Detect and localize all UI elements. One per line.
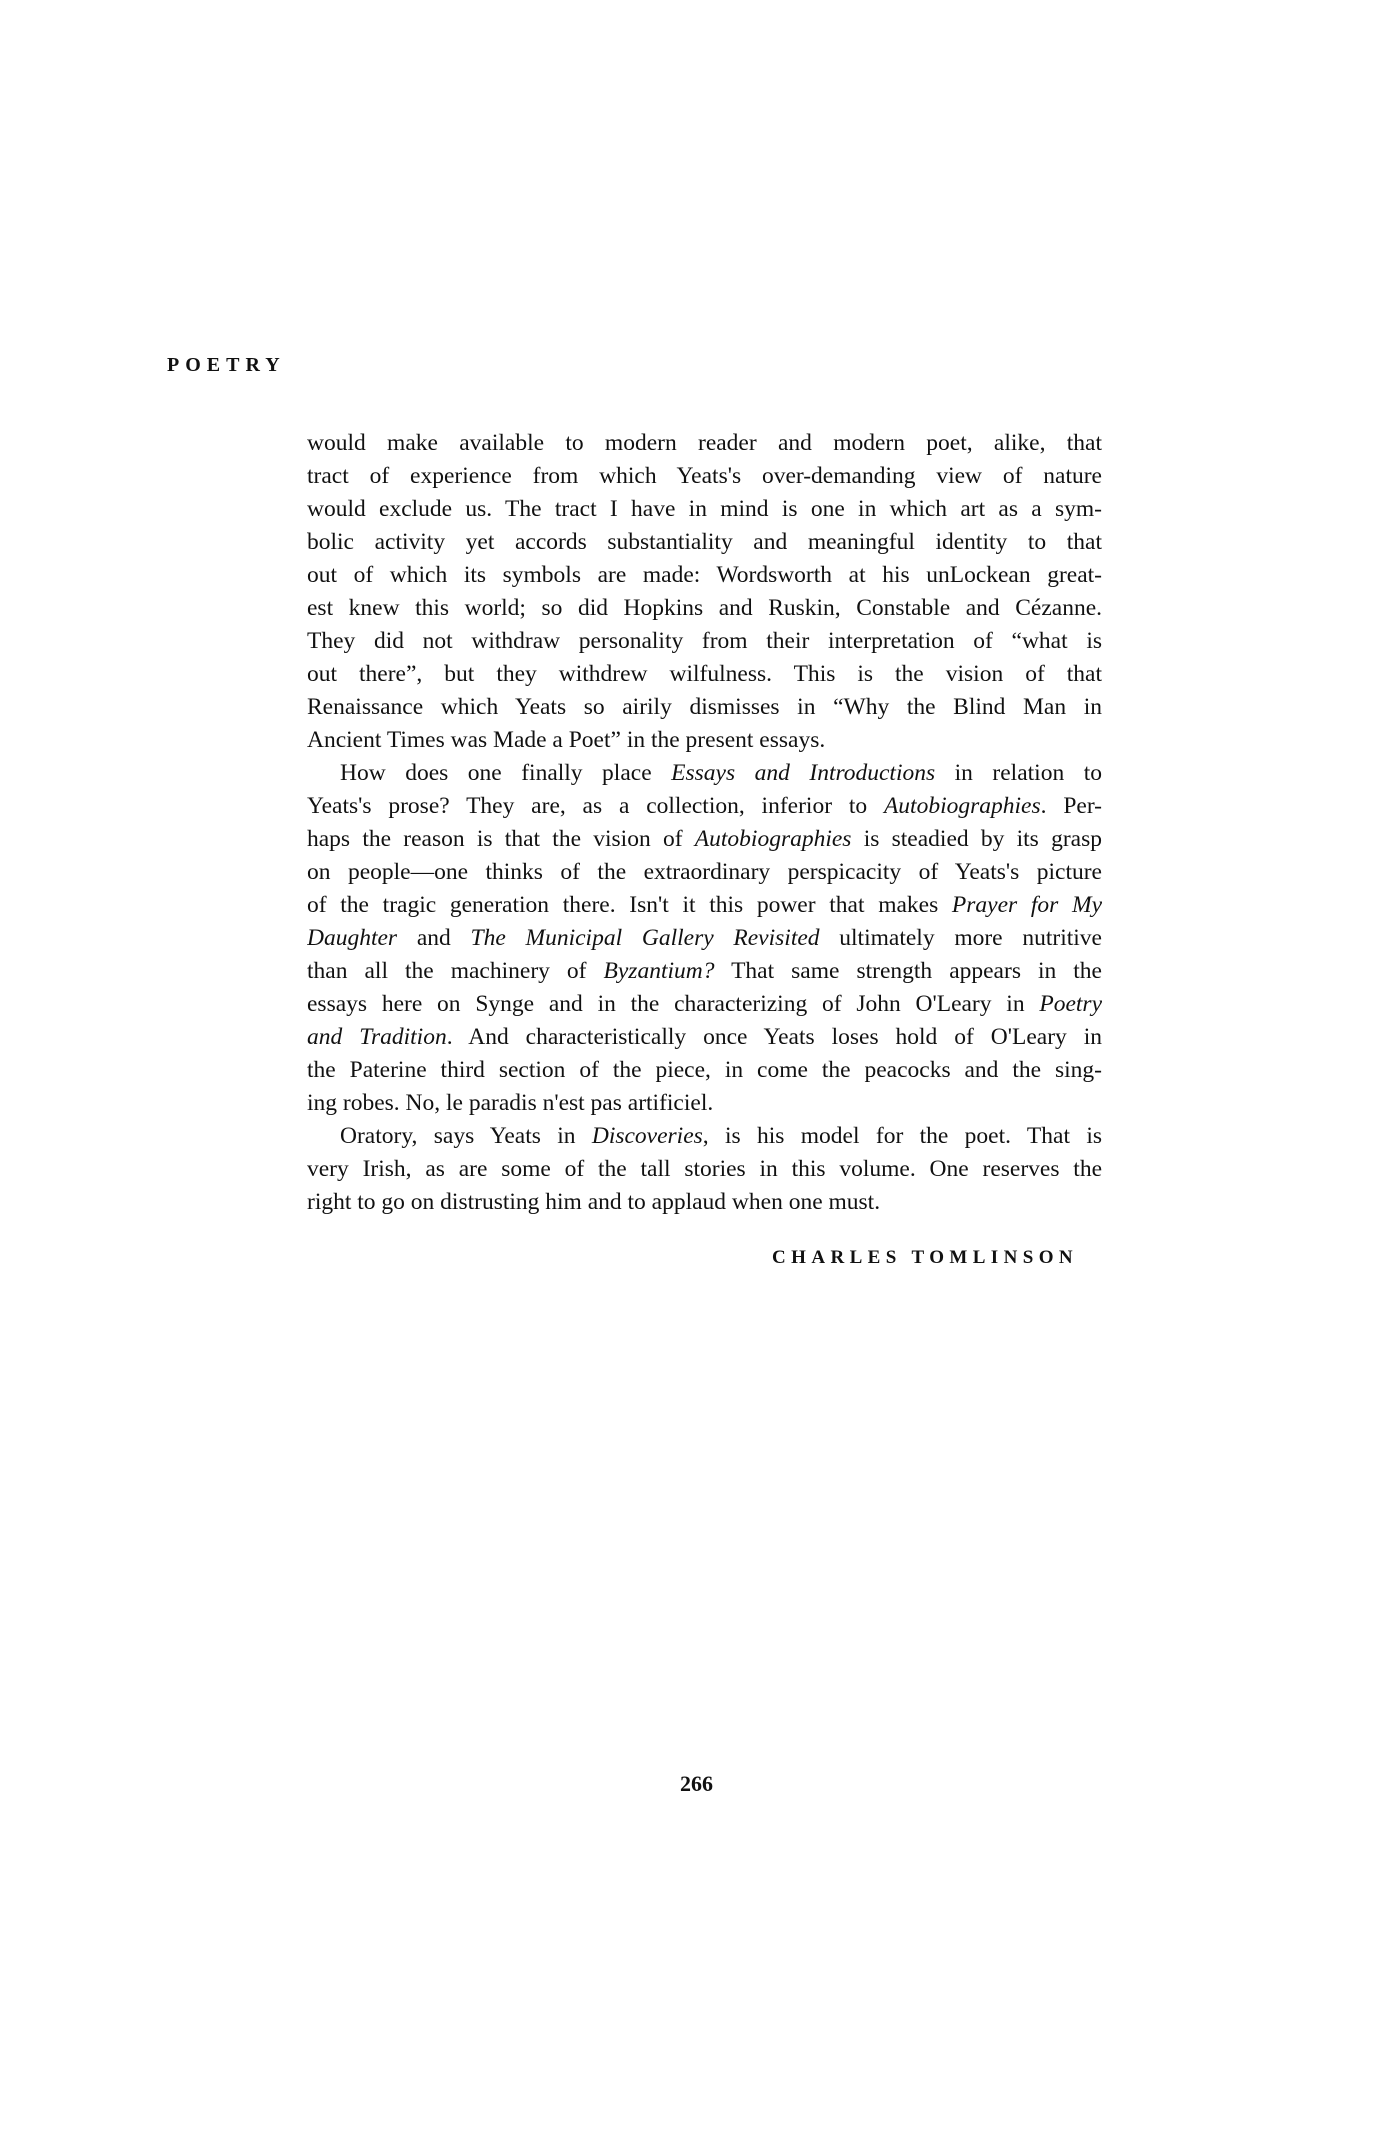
text-run: ing robes. No, le paradis n'est pas arti…: [307, 1090, 713, 1116]
text-run: Oratory, says Yeats in: [340, 1123, 592, 1149]
text-run: Yeats's prose? They are, as a collection…: [307, 793, 884, 819]
text-line: Yeats's prose? They are, as a collection…: [307, 790, 1102, 823]
text-run: Ancient Times was Made a Poet” in the pr…: [307, 727, 825, 753]
text-line: than all the machinery of Byzantium? Tha…: [307, 955, 1102, 988]
text-run: . Per-: [1041, 793, 1102, 819]
italic-title: Prayer for My: [952, 892, 1102, 918]
text-run: How does one finally place: [340, 760, 671, 786]
text-run: ultimately more nutritive: [820, 925, 1102, 951]
text-line: tract of experience from which Yeats's o…: [307, 460, 1102, 493]
italic-title: Essays and Introductions: [671, 760, 935, 786]
text-run: on people—one thinks of the extraordinar…: [307, 859, 1102, 885]
text-run: and: [397, 925, 470, 951]
text-run: haps the reason is that the vision of: [307, 826, 695, 852]
text-run: tract of experience from which Yeats's o…: [307, 463, 1102, 489]
text-run: right to go on distrusting him and to ap…: [307, 1189, 880, 1215]
text-line: bolic activity yet accords substantialit…: [307, 526, 1102, 559]
text-line: essays here on Synge and in the characte…: [307, 988, 1102, 1021]
italic-title: Autobiographies: [884, 793, 1041, 819]
text-line: very Irish, as are some of the tall stor…: [307, 1153, 1102, 1186]
text-run: out there”, but they withdrew wilfulness…: [307, 661, 1102, 687]
text-line: on people—one thinks of the extraordinar…: [307, 856, 1102, 889]
text-line: haps the reason is that the vision of Au…: [307, 823, 1102, 856]
text-run: than all the machinery of: [307, 958, 604, 984]
text-run: , is his model for the poet. That is: [703, 1123, 1102, 1149]
text-run: would make available to modern reader an…: [307, 430, 1102, 456]
text-run: the Paterine third section of the piece,…: [307, 1057, 1102, 1083]
text-run: in relation to: [935, 760, 1102, 786]
italic-title: The Municipal Gallery Revisited: [471, 925, 820, 951]
text-line: How does one finally place Essays and In…: [307, 757, 1102, 790]
text-line: and Tradition. And characteristically on…: [307, 1021, 1102, 1054]
text-line: would exclude us. The tract I have in mi…: [307, 493, 1102, 526]
text-run: . And characteristically once Yeats lose…: [447, 1024, 1102, 1050]
review-body: would make available to modern reader an…: [307, 427, 1102, 1219]
page-number: 266: [680, 1771, 713, 1797]
text-line: Daughter and The Municipal Gallery Revis…: [307, 922, 1102, 955]
italic-title: and Tradition: [307, 1024, 447, 1050]
italic-title: Poetry: [1039, 991, 1102, 1017]
text-run: would exclude us. The tract I have in mi…: [307, 496, 1102, 522]
italic-title: Daughter: [307, 925, 397, 951]
text-line: est knew this world; so did Hopkins and …: [307, 592, 1102, 625]
text-line: would make available to modern reader an…: [307, 427, 1102, 460]
text-line: right to go on distrusting him and to ap…: [307, 1186, 1102, 1219]
text-line: Ancient Times was Made a Poet” in the pr…: [307, 724, 1102, 757]
text-line: ing robes. No, le paradis n'est pas arti…: [307, 1087, 1102, 1120]
text-line: the Paterine third section of the piece,…: [307, 1054, 1102, 1087]
running-head: POETRY: [167, 354, 286, 376]
text-run: is steadied by its grasp: [851, 826, 1102, 852]
italic-title: Byzantium?: [604, 958, 715, 984]
text-line: Oratory, says Yeats in Discoveries, is h…: [307, 1120, 1102, 1153]
text-line: of the tragic generation there. Isn't it…: [307, 889, 1102, 922]
text-run: bolic activity yet accords substantialit…: [307, 529, 1102, 555]
text-line: Renaissance which Yeats so airily dismis…: [307, 691, 1102, 724]
text-line: out there”, but they withdrew wilfulness…: [307, 658, 1102, 691]
text-run: They did not withdraw personality from t…: [307, 628, 1102, 654]
text-line: They did not withdraw personality from t…: [307, 625, 1102, 658]
text-run: out of which its symbols are made: Words…: [307, 562, 1102, 588]
text-run: essays here on Synge and in the characte…: [307, 991, 1039, 1017]
text-line: out of which its symbols are made: Words…: [307, 559, 1102, 592]
italic-title: Autobiographies: [695, 826, 852, 852]
italic-title: Discoveries: [592, 1123, 703, 1149]
author-signature: CHARLES TOMLINSON: [748, 1247, 1078, 1269]
text-run: of the tragic generation there. Isn't it…: [307, 892, 952, 918]
text-run: very Irish, as are some of the tall stor…: [307, 1156, 1102, 1182]
text-run: est knew this world; so did Hopkins and …: [307, 595, 1102, 621]
text-run: That same strength appears in the: [714, 958, 1102, 984]
text-run: Renaissance which Yeats so airily dismis…: [307, 694, 1102, 720]
